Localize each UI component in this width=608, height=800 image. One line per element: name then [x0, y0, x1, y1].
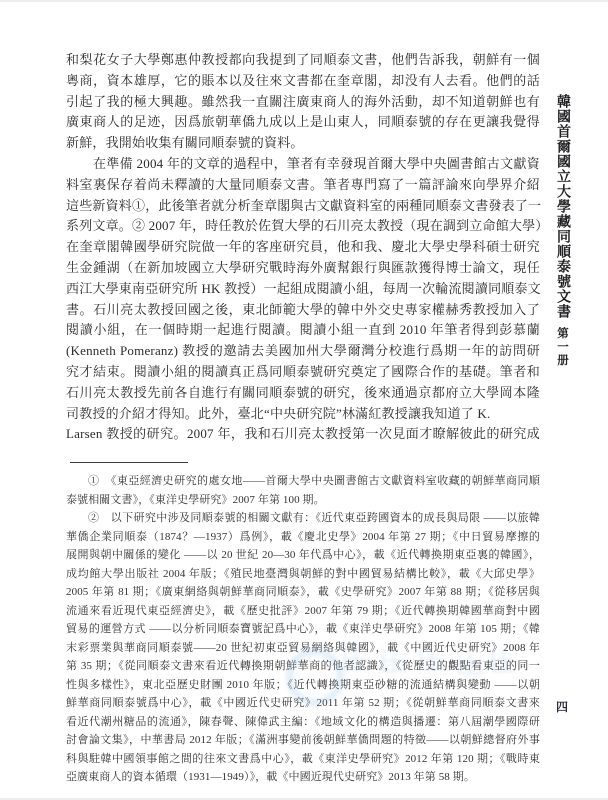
- footnote-line: 成均館大學出版社 2004 年版；《殖民地臺灣與朝鮮的對中國貿易結構比較》，載《…: [66, 565, 540, 584]
- footnote-line: 討會論文集》，中華書局 2012 年版；《滿洲事變前後朝鮮華僑問題的特徵——以朝…: [66, 731, 540, 750]
- main-text-line: 書。石川亮太教授回國之後，東北師範大學的韓中外交史專家權赫秀教授加入了: [66, 300, 540, 321]
- book-title-vertical: 韓國首爾國立大學藏同順泰號文書: [552, 94, 572, 319]
- main-text-line: 系列文章。② 2007 年，時任教於佐賀大學的石川亮太教授（現在調到立命館大學）: [66, 216, 540, 237]
- main-text-line: 司教授的介紹才得知。此外，臺北“中央研究院”林滿紅教授讓我知道了 K.: [66, 404, 540, 425]
- main-text-line: 粵商，資本雄厚，它的賬本以及往來文書都在奎章閣，却没有人去看。他們的話: [66, 71, 540, 92]
- footnote-line: 泰號相關文書》，《東洋史學研究》2007 年第 100 期。: [66, 491, 540, 510]
- footnote-line: 2005 年第 81 期；《廣東網絡與朝鮮華商同順泰》，載《史學研究》2007 …: [66, 583, 540, 602]
- main-text-line: 石川亮太教授先前各自進行有關同順泰號的研究，後來通過京都府立大學岡本隆: [66, 383, 540, 404]
- main-text-line: 新鮮，我開始收集有關同順泰號的資料。: [66, 133, 540, 154]
- book-page: 和梨花女子大學鄭惠仲教授都向我提到了同順泰文書，他們告訴我，朝鮮有一個 粵商，資…: [0, 0, 608, 800]
- main-text-line: 生金鍾湖（在新加坡國立大學研究戰時海外廣幫銀行與匯款獲得博士論文，現任: [66, 258, 540, 279]
- footnote-line: 展開與朝中關係的變化 ——以 20 世紀 20—30 年代爲中心》，載《近代轉換…: [66, 546, 540, 565]
- footnote-line: 貿易的運營方式 ——以分析同順泰寶號記爲中心》，載《東洋史學研究》2008 年第…: [66, 620, 540, 639]
- main-text-line: 在奎章閣韓國學研究院做一年的客座研究員，他和我、慶北大學史學科碩士研究: [66, 237, 540, 258]
- main-text-line: 西江大學東南亞研究所 HK 教授）一起組成閱讀小組，每周一次輪流閱讀同順泰文: [66, 279, 540, 300]
- main-text-line: 究才結束。閱讀小組的閱讀真正爲同順泰號研究奠定了國際合作的基礎。筆者和: [66, 362, 540, 383]
- footnote-line: 亞廣東商人的資本循環（1931—1949）》，載《中國近現代史研究》2013 年…: [66, 768, 540, 787]
- main-text-block: 和梨花女子大學鄭惠仲教授都向我提到了同順泰文書，他們告訴我，朝鮮有一個 粵商，資…: [66, 50, 540, 445]
- main-text-line: 廣東商人的足迹，因爲旅朝華僑九成以上是山東人，同順泰號的存在更讓我覺得: [66, 112, 540, 133]
- footnote-line: 性與多樣性》，東北亞歷史財團 2010 年版；《近代轉換期東亞砂糖的流通結構與變…: [66, 676, 540, 695]
- main-text-line: 在準備 2004 年的文章的過程中，筆者有幸發現首爾大學中央圖書館古文獻資: [66, 154, 540, 175]
- scan-edge-top: [0, 0, 608, 2]
- main-text-line: 料室裏保存着尚未釋讀的大量同順泰文書。筆者專門寫了一篇評論來向學界介紹: [66, 175, 540, 196]
- footnote-line: ② 以下研究中涉及同順泰號的相關文獻有：《近代東亞跨國資本的成長與局限 ——以旅…: [66, 509, 540, 528]
- page-number: 四: [556, 698, 568, 715]
- footnote-line: 末彩票業與華商同順泰號——20 世紀初東亞貿易網絡與韓國》，載《中國近代史研究》…: [66, 639, 540, 658]
- footnote-line: 流通來看近現代東亞經濟史》，載《歷史批評》2007 年第 79 期；《近代轉換期…: [66, 602, 540, 621]
- footnotes-block: ① 《東亞經濟史研究的處女地——首爾大學中央圖書館古文獻資料室收藏的朝鮮華商同順…: [66, 472, 540, 787]
- main-text-line: 和梨花女子大學鄭惠仲教授都向我提到了同順泰文書，他們告訴我，朝鮮有一個: [66, 50, 540, 71]
- main-text-line: 閱讀小組，在一個時期一起進行閱讀。閱讀小組一直到 2010 年筆者得到彭慕蘭: [66, 320, 540, 341]
- volume-label: 第一册: [554, 327, 570, 368]
- footnote-divider: [70, 462, 188, 463]
- footnote-line: 第 35 期；《從同順泰文書來看近代轉換期朝鮮華商的他者認識》，《從歷史的觀點看…: [66, 657, 540, 676]
- main-text-line: 這些新資料①，此後筆者就分析奎章閣與古文獻資料室的兩種同順泰文書發表了一: [66, 196, 540, 217]
- footnote-line: 看近代潮州糖品的流通》，陳春聲、陳偉武主編：《地域文化的構造與播遷：第八屆潮學國…: [66, 713, 540, 732]
- footnote-line: ① 《東亞經濟史研究的處女地——首爾大學中央圖書館古文獻資料室收藏的朝鮮華商同順: [66, 472, 540, 491]
- main-text-line: Larsen 教授的研究。2007 年，我和石川亮太教授第一次見面才瞭解彼此的研…: [66, 424, 540, 445]
- main-text-line: 引起了我的極大興趣。雖然我一直關注廣東商人的海外活動，却不知道朝鮮也有: [66, 92, 540, 113]
- footnote-line: 華僑企業同順泰（1874？—1937）爲例》，載《慶北史學》2004 年第 27…: [66, 528, 540, 547]
- main-text-line: (Kenneth Pomeranz) 教授的邀請去美國加州大學爾灣分校進行爲期一…: [66, 341, 540, 362]
- footnote-line: 科與駐韓中國領事館之間的往來文書爲中心》，載《東洋史學研究》2012 年第 12…: [66, 750, 540, 769]
- footnote-line: 鮮華商同順泰號爲中心》，載《中國近代史研究》2011 年第 52 期；《從朝鮮華…: [66, 694, 540, 713]
